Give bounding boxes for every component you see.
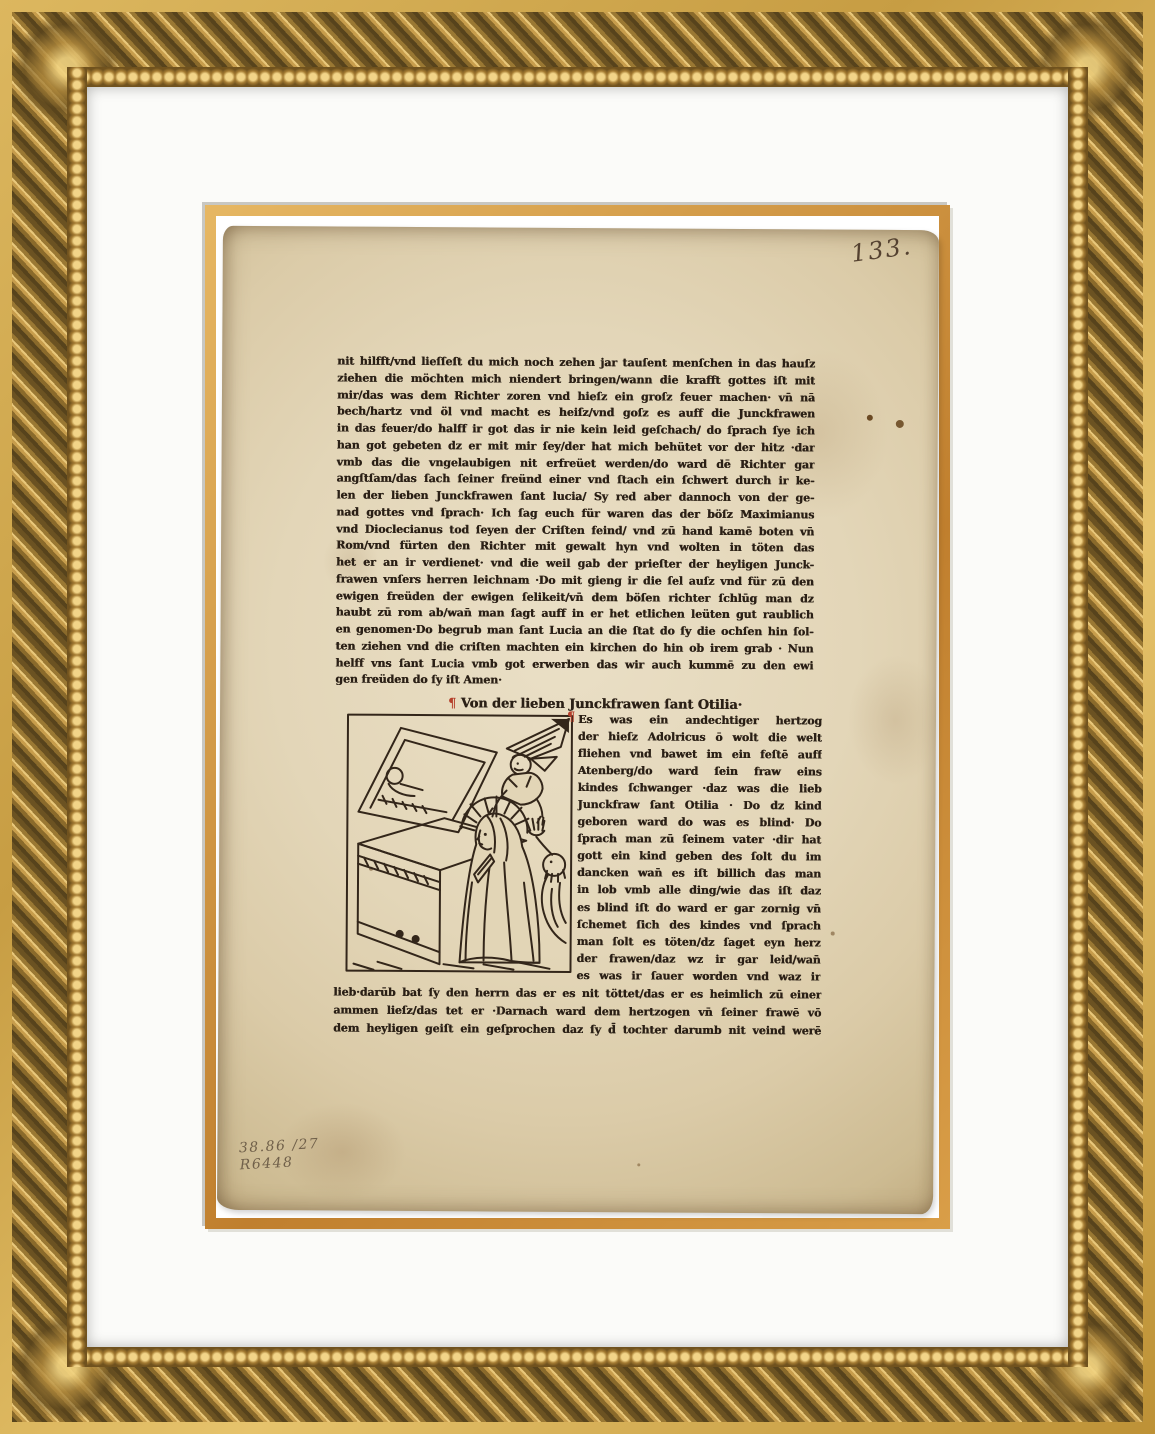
text-line: geboren ward do was es blind· Do	[577, 813, 821, 832]
text-line: gen freüden do ſy iſt Amen·	[335, 672, 813, 692]
text-line: dancken wan̄ es iſt billich das man	[577, 864, 821, 883]
gold-fillet: 133. nit hilfft/vnd lieſſeſt du mich noc…	[205, 205, 950, 1229]
text-line: Es was ein andechtiger hertzog	[578, 711, 822, 730]
framed-artwork: 133. nit hilfft/vnd lieſſeſt du mich noc…	[0, 0, 1155, 1434]
paragraph-saint-lucia: nit hilfft/vnd lieſſeſt du mich noch zeh…	[335, 354, 815, 692]
text-line: ſchemet ſich des kindes vnd ſprach	[577, 916, 821, 935]
ink-spot	[831, 932, 835, 936]
frame-ornate-molding: 133. nit hilfft/vnd lieſſeſt du mich noc…	[12, 12, 1143, 1422]
collection-mark: 38.86 /27 R6448	[238, 1136, 320, 1174]
ink-spot	[867, 415, 873, 421]
rubric-pilcrow: ¶	[448, 696, 456, 711]
mount-backing: 133. nit hilfft/vnd lieſſeſt du mich noc…	[216, 216, 939, 1218]
text-line: fliehen vnd bawet im ein feſtē auff	[578, 745, 822, 764]
paragraph-bottom: lieb·darūb bat ſy den herrn das er es ni…	[333, 984, 821, 1041]
text-line: man ſolt es töten/dz ſaget eyn herz	[577, 933, 821, 952]
paper-stain	[829, 630, 960, 811]
ink-spot	[896, 420, 904, 428]
text-line: kindes ſchwanger ·daz was die lieb	[578, 779, 822, 798]
text-line: der frawen/daz wz ir gar leid/wan̄	[576, 950, 820, 969]
text-line: gott ein kind geben des ſolt du im	[577, 847, 821, 866]
woodcut-illustration	[343, 712, 575, 975]
text-line: es was ir ſauer worden vnd waz ir	[576, 967, 820, 986]
text-line: Junckfraw ſant Otilia · Do dz kind	[577, 796, 821, 815]
frame-outer-band: 133. nit hilfft/vnd lieſſeſt du mich noc…	[0, 0, 1155, 1434]
text-line: in lob vmb alle ding/wie das iſt daz	[577, 881, 821, 900]
text-line: es blind iſt do ward er gar zornig vn̄	[577, 899, 821, 918]
paragraph-saint-otilia: ¶ Es was ein andechtiger hertzogder hieſ…	[576, 711, 822, 985]
ink-spot	[637, 1163, 640, 1166]
text-block: nit hilfft/vnd lieſſeſt du mich noch zeh…	[333, 354, 827, 1057]
text-line: der hieſz Adolricus ō wolt die welt	[578, 728, 822, 747]
bead-strip	[67, 67, 87, 1367]
collection-mark-line2: R6448	[239, 1153, 320, 1174]
frame-bead-molding: 133. nit hilfft/vnd lieſſeſt du mich noc…	[67, 67, 1088, 1367]
text-line: dem heyligen geiſt ein geſprochen daz ſy…	[333, 1020, 821, 1041]
bead-strip	[1068, 67, 1088, 1367]
mat: 133. nit hilfft/vnd lieſſeſt du mich noc…	[87, 87, 1068, 1347]
bead-strip	[67, 67, 1088, 87]
rubric-pilcrow: ¶	[567, 710, 575, 725]
manuscript-page: 133. nit hilfft/vnd lieſſeſt du mich noc…	[217, 226, 939, 1214]
text-line: ſprach man zū ſeinem vater ·dir hat	[577, 830, 821, 849]
bead-strip	[67, 1347, 1088, 1367]
handwritten-folio-number: 133.	[849, 232, 914, 268]
text-line: Atenberg/do ward ſein fraw eins	[578, 762, 822, 781]
